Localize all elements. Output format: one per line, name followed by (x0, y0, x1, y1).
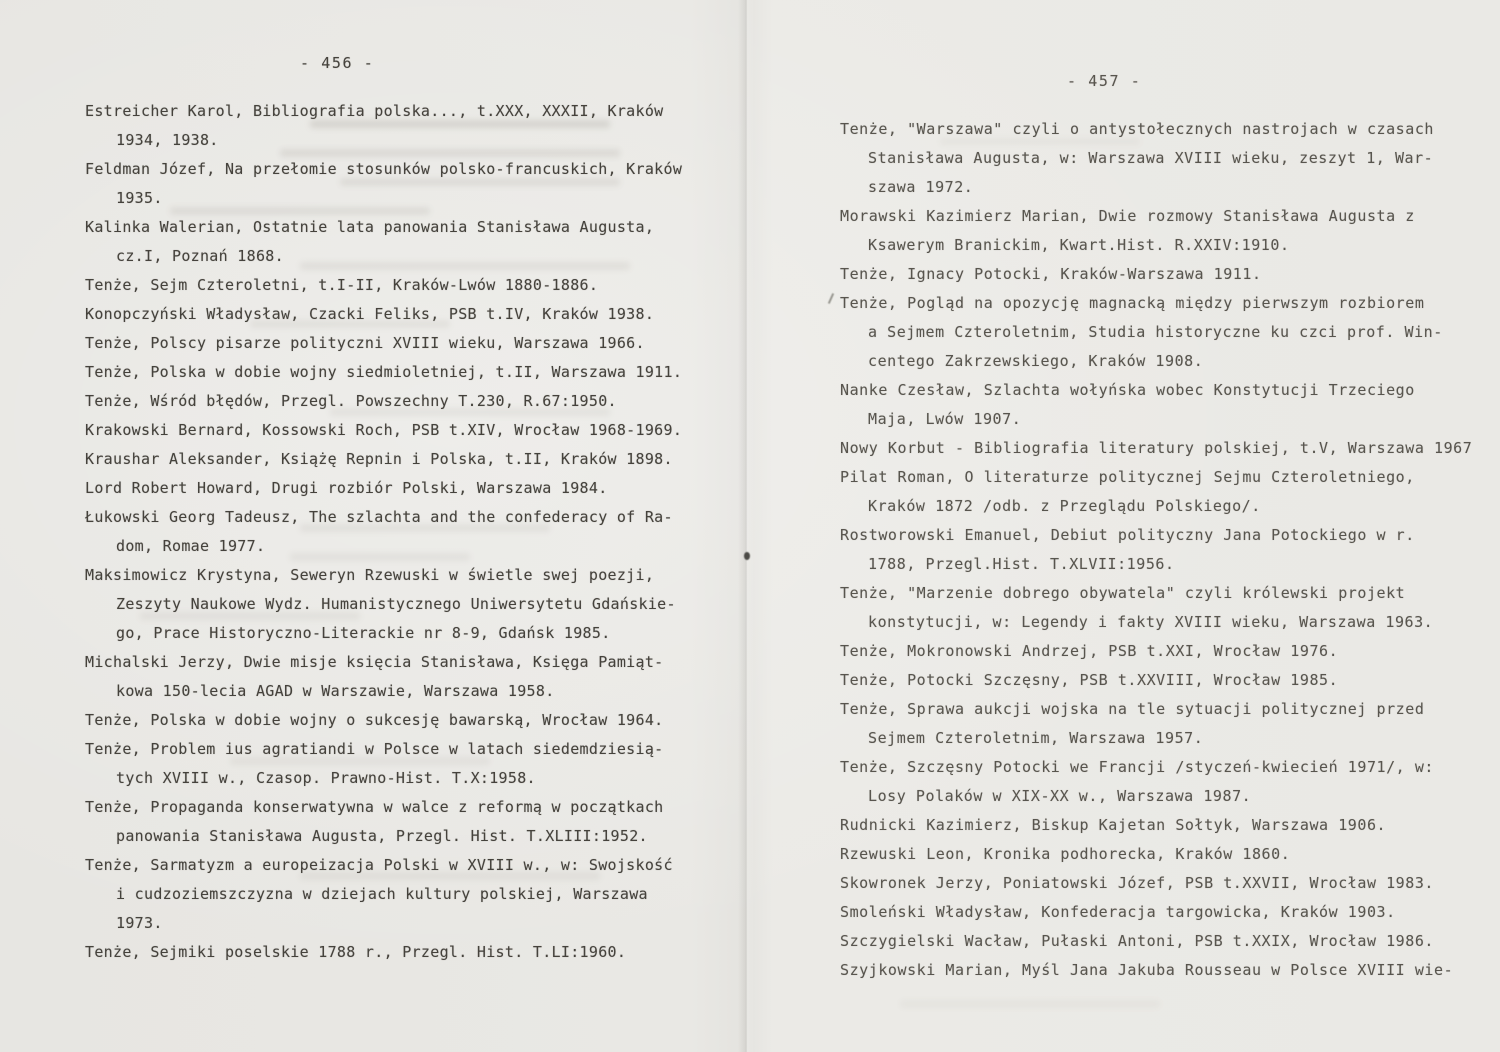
bibliography-line: Konopczyński Władysław, Czacki Feliks, P… (85, 300, 725, 329)
bibliography-line: 1935. (85, 184, 725, 213)
left-page-number: - 456 - (300, 54, 374, 72)
bibliography-entry: Lord Robert Howard, Drugi rozbiór Polski… (85, 474, 725, 503)
bibliography-line: Tenże, Potocki Szczęsny, PSB t.XXVIII, W… (840, 666, 1490, 695)
bibliography-line: konstytucji, w: Legendy i fakty XVIII wi… (840, 608, 1490, 637)
bibliography-line: Tenże, Polska w dobie wojny siedmioletni… (85, 358, 725, 387)
bibliography-line: Tenże, "Marzenie dobrego obywatela" czyl… (840, 579, 1490, 608)
bibliography-line: Kraków 1872 /odb. z Przeglądu Polskiego/… (840, 492, 1490, 521)
bibliography-entry: Tenże, Sejm Czteroletni, t.I-II, Kraków-… (85, 271, 725, 300)
bibliography-line: Ksawerym Branickim, Kwart.Hist. R.XXIV:1… (840, 231, 1490, 260)
bibliography-line: Tenże, Propaganda konserwatywna w walce … (85, 793, 725, 822)
bibliography-line: Kalinka Walerian, Ostatnie lata panowani… (85, 213, 725, 242)
bibliography-line: Tenże, Wśród błędów, Przegl. Powszechny … (85, 387, 725, 416)
right-page-number: - 457 - (1067, 72, 1141, 90)
bleed-through-artifact (900, 1000, 1160, 1008)
bibliography-line: Szczygielski Wacław, Pułaski Antoni, PSB… (840, 927, 1490, 956)
bibliography-line: Zeszyty Naukowe Wydz. Humanistycznego Un… (85, 590, 725, 619)
bibliography-entry: Tenże, Polscy pisarze polityczni XVIII w… (85, 329, 725, 358)
bibliography-line: Tenże, Sejmiki poselskie 1788 r., Przegl… (85, 938, 725, 967)
bibliography-entry: Tenże, Ignacy Potocki, Kraków-Warszawa 1… (840, 260, 1490, 289)
bibliography-line: Tenże, Ignacy Potocki, Kraków-Warszawa 1… (840, 260, 1490, 289)
bibliography-line: Tenże, Szczęsny Potocki we Francji /styc… (840, 753, 1490, 782)
bibliography-entry: Kalinka Walerian, Ostatnie lata panowani… (85, 213, 725, 271)
scanned-book-spread: - 456 - - 457 - Estreicher Karol, Biblio… (0, 0, 1500, 1052)
bibliography-entry: Konopczyński Władysław, Czacki Feliks, P… (85, 300, 725, 329)
bibliography-entry: Tenże, Polska w dobie wojny siedmioletni… (85, 358, 725, 387)
bibliography-entry: Szczygielski Wacław, Pułaski Antoni, PSB… (840, 927, 1490, 956)
bibliography-entry: Kraushar Aleksander, Książę Repnin i Pol… (85, 445, 725, 474)
bibliography-line: Lord Robert Howard, Drugi rozbiór Polski… (85, 474, 725, 503)
left-page-bibliography-list: Estreicher Karol, Bibliografia polska...… (85, 97, 725, 967)
bibliography-entry: Tenże, Problem ius agratiandi w Polsce w… (85, 735, 725, 793)
bibliography-line: Tenże, Pogląd na opozycję magnacką międz… (840, 289, 1490, 318)
bibliography-entry: Michalski Jerzy, Dwie misje księcia Stan… (85, 648, 725, 706)
bibliography-entry: Estreicher Karol, Bibliografia polska...… (85, 97, 725, 155)
page-seam (738, 0, 754, 1052)
bibliography-line: Szyjkowski Marian, Myśl Jana Jakuba Rous… (840, 956, 1490, 985)
bibliography-line: i cudzoziemszczyzna w dziejach kultury p… (85, 880, 725, 909)
bibliography-line: Rzewuski Leon, Kronika podhorecka, Krakó… (840, 840, 1490, 869)
bibliography-line: Tenże, "Warszawa" czyli o antystołecznyc… (840, 115, 1490, 144)
bibliography-line: Tenże, Polscy pisarze polityczni XVIII w… (85, 329, 725, 358)
bibliography-entry: Szyjkowski Marian, Myśl Jana Jakuba Rous… (840, 956, 1490, 985)
bibliography-line: dom, Romae 1977. (85, 532, 725, 561)
bibliography-line: Tenże, Sejm Czteroletni, t.I-II, Kraków-… (85, 271, 725, 300)
bibliography-entry: Tenże, Potocki Szczęsny, PSB t.XXVIII, W… (840, 666, 1490, 695)
right-page-bibliography-list: Tenże, "Warszawa" czyli o antystołecznyc… (840, 115, 1490, 985)
bibliography-line: kowa 150-lecia AGAD w Warszawie, Warszaw… (85, 677, 725, 706)
bibliography-entry: Pilat Roman, O literaturze politycznej S… (840, 463, 1490, 521)
bibliography-line: tych XVIII w., Czasop. Prawno-Hist. T.X:… (85, 764, 725, 793)
bibliography-line: Tenże, Problem ius agratiandi w Polsce w… (85, 735, 725, 764)
bibliography-line: Maja, Lwów 1907. (840, 405, 1490, 434)
bibliography-line: Tenże, Sarmatyzm a europeizacja Polski w… (85, 851, 725, 880)
bibliography-entry: Tenże, "Warszawa" czyli o antystołecznyc… (840, 115, 1490, 202)
bibliography-line: Feldman Józef, Na przełomie stosunków po… (85, 155, 725, 184)
bibliography-line: centego Zakrzewskiego, Kraków 1908. (840, 347, 1490, 376)
bibliography-entry: Rudnicki Kazimierz, Biskup Kajetan Sołty… (840, 811, 1490, 840)
ink-speck (744, 552, 750, 560)
bibliography-line: go, Prace Historyczno-Literackie nr 8-9,… (85, 619, 725, 648)
bibliography-entry: Smoleński Władysław, Konfederacja targow… (840, 898, 1490, 927)
bibliography-entry: Krakowski Bernard, Kossowski Roch, PSB t… (85, 416, 725, 445)
bibliography-entry: Tenże, Sprawa aukcji wojska na tle sytua… (840, 695, 1490, 753)
bibliography-line: Morawski Kazimierz Marian, Dwie rozmowy … (840, 202, 1490, 231)
bibliography-entry: Rzewuski Leon, Kronika podhorecka, Krakó… (840, 840, 1490, 869)
bibliography-entry: Tenże, Mokronowski Andrzej, PSB t.XXI, W… (840, 637, 1490, 666)
bibliography-entry: Nanke Czesław, Szlachta wołyńska wobec K… (840, 376, 1490, 434)
bibliography-entry: Feldman Józef, Na przełomie stosunków po… (85, 155, 725, 213)
bibliography-entry: Łukowski Georg Tadeusz, The szlachta and… (85, 503, 725, 561)
bibliography-line: 1934, 1938. (85, 126, 725, 155)
bibliography-entry: Tenże, Polska w dobie wojny o sukcesję b… (85, 706, 725, 735)
bibliography-entry: Tenże, Szczęsny Potocki we Francji /styc… (840, 753, 1490, 811)
bibliography-line: Pilat Roman, O literaturze politycznej S… (840, 463, 1490, 492)
bibliography-line: Estreicher Karol, Bibliografia polska...… (85, 97, 725, 126)
bibliography-line: 1788, Przegl.Hist. T.XLVII:1956. (840, 550, 1490, 579)
bibliography-entry: Morawski Kazimierz Marian, Dwie rozmowy … (840, 202, 1490, 260)
bibliography-line: Nanke Czesław, Szlachta wołyńska wobec K… (840, 376, 1490, 405)
bibliography-line: panowania Stanisława Augusta, Przegl. Hi… (85, 822, 725, 851)
bibliography-entry: Tenże, Sarmatyzm a europeizacja Polski w… (85, 851, 725, 938)
bibliography-line: Rudnicki Kazimierz, Biskup Kajetan Sołty… (840, 811, 1490, 840)
bibliography-line: cz.I, Poznań 1868. (85, 242, 725, 271)
bibliography-line: szawa 1972. (840, 173, 1490, 202)
bibliography-line: Kraushar Aleksander, Książę Repnin i Pol… (85, 445, 725, 474)
bibliography-line: Tenże, Polska w dobie wojny o sukcesję b… (85, 706, 725, 735)
bibliography-line: Maksimowicz Krystyna, Seweryn Rzewuski w… (85, 561, 725, 590)
bibliography-entry: Tenże, "Marzenie dobrego obywatela" czyl… (840, 579, 1490, 637)
bibliography-entry: Rostworowski Emanuel, Debiut polityczny … (840, 521, 1490, 579)
bibliography-line: Smoleński Władysław, Konfederacja targow… (840, 898, 1490, 927)
bibliography-line: Tenże, Mokronowski Andrzej, PSB t.XXI, W… (840, 637, 1490, 666)
margin-mark (828, 293, 834, 304)
bibliography-line: Sejmem Czteroletnim, Warszawa 1957. (840, 724, 1490, 753)
bibliography-entry: Maksimowicz Krystyna, Seweryn Rzewuski w… (85, 561, 725, 648)
bibliography-line: Krakowski Bernard, Kossowski Roch, PSB t… (85, 416, 725, 445)
bibliography-line: Losy Polaków w XIX-XX w., Warszawa 1987. (840, 782, 1490, 811)
bibliography-entry: Nowy Korbut - Bibliografia literatury po… (840, 434, 1490, 463)
bibliography-line: Tenże, Sprawa aukcji wojska na tle sytua… (840, 695, 1490, 724)
bibliography-entry: Tenże, Pogląd na opozycję magnacką międz… (840, 289, 1490, 376)
bibliography-line: Skowronek Jerzy, Poniatowski Józef, PSB … (840, 869, 1490, 898)
bibliography-line: Michalski Jerzy, Dwie misje księcia Stan… (85, 648, 725, 677)
bibliography-entry: Tenże, Wśród błędów, Przegl. Powszechny … (85, 387, 725, 416)
bibliography-line: Rostworowski Emanuel, Debiut polityczny … (840, 521, 1490, 550)
bibliography-line: Stanisława Augusta, w: Warszawa XVIII wi… (840, 144, 1490, 173)
bibliography-entry: Tenże, Propaganda konserwatywna w walce … (85, 793, 725, 851)
bibliography-line: Nowy Korbut - Bibliografia literatury po… (840, 434, 1490, 463)
bibliography-entry: Skowronek Jerzy, Poniatowski Józef, PSB … (840, 869, 1490, 898)
bibliography-line: 1973. (85, 909, 725, 938)
bibliography-line: Łukowski Georg Tadeusz, The szlachta and… (85, 503, 725, 532)
bibliography-entry: Tenże, Sejmiki poselskie 1788 r., Przegl… (85, 938, 725, 967)
bibliography-line: a Sejmem Czteroletnim, Studia historyczn… (840, 318, 1490, 347)
